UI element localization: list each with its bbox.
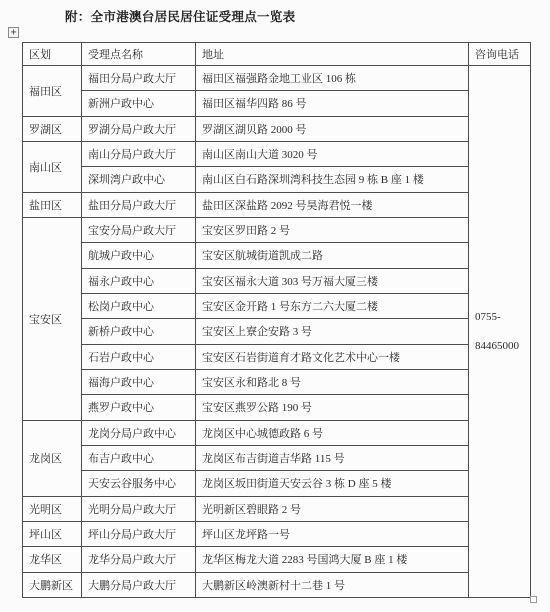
address-cell: 宝安区金开路 1 号东方二六大厦二楼	[196, 293, 469, 318]
table-row: 燕罗户政中心宝安区燕罗公路 190 号	[23, 395, 531, 420]
col-header-district: 区划	[23, 43, 82, 66]
district-cell: 光明区	[23, 496, 82, 521]
address-cell: 龙岗区布吉街道吉华路 115 号	[196, 445, 469, 470]
reception-point-name-cell: 坪山分局户政大厅	[82, 521, 196, 546]
district-cell: 龙华区	[23, 547, 82, 572]
table-move-handle-icon[interactable]: +	[8, 27, 19, 38]
table-row: 福海户政中心宝安区永和路北 8 号	[23, 369, 531, 394]
address-cell: 宝安区福永大道 303 号万福大厦三楼	[196, 268, 469, 293]
reception-point-name-cell: 罗湖分局户政大厅	[82, 116, 196, 141]
reception-point-name-cell: 大鹏分局户政大厅	[82, 572, 196, 597]
reception-point-name-cell: 宝安分局户政大厅	[82, 217, 196, 242]
reception-points-table: 区划 受理点名称 地址 咨询电话 福田区福田分局户政大厅福田区福强路金地工业区 …	[22, 42, 531, 598]
district-cell: 宝安区	[23, 217, 82, 420]
address-cell: 盐田区深盐路 2092 号昊海君悦一楼	[196, 192, 469, 217]
phone-line-1: 0755-	[475, 311, 528, 324]
reception-point-name-cell: 龙岗分局户政中心	[82, 420, 196, 445]
table-row: 松岗户政中心宝安区金开路 1 号东方二六大厦二楼	[23, 293, 531, 318]
table-row: 龙岗区龙岗分局户政中心龙岗区中心城德政路 6 号	[23, 420, 531, 445]
address-cell: 罗湖区湖贝路 2000 号	[196, 116, 469, 141]
col-header-address: 地址	[196, 43, 469, 66]
address-cell: 龙岗区坂田街道天安云谷 3 栋 D 座 5 楼	[196, 471, 469, 496]
address-cell: 光明新区碧眼路 2 号	[196, 496, 469, 521]
reception-point-name-cell: 福永户政中心	[82, 268, 196, 293]
reception-point-name-cell: 新桥户政中心	[82, 319, 196, 344]
table-row: 南山区南山分局户政大厅南山区南山大道 3020 号	[23, 141, 531, 166]
reception-point-name-cell: 龙华分局户政大厅	[82, 547, 196, 572]
table-row: 新桥户政中心宝安区上寮企安路 3 号	[23, 319, 531, 344]
reception-point-name-cell: 燕罗户政中心	[82, 395, 196, 420]
address-cell: 宝安区罗田路 2 号	[196, 217, 469, 242]
phone-cell: 0755-84465000	[469, 66, 531, 598]
reception-point-name-cell: 石岩户政中心	[82, 344, 196, 369]
address-cell: 宝安区航城街道凯成二路	[196, 243, 469, 268]
district-cell: 福田区	[23, 66, 82, 117]
table-row: 宝安区宝安分局户政大厅宝安区罗田路 2 号	[23, 217, 531, 242]
reception-point-name-cell: 南山分局户政大厅	[82, 141, 196, 166]
table-row: 罗湖区罗湖分局户政大厅罗湖区湖贝路 2000 号	[23, 116, 531, 141]
table-row: 福田区福田分局户政大厅福田区福强路金地工业区 106 栋0755-8446500…	[23, 66, 531, 91]
district-cell: 南山区	[23, 141, 82, 192]
reception-point-name-cell: 福海户政中心	[82, 369, 196, 394]
address-cell: 南山区白石路深圳湾科技生态园 9 栋 B 座 1 楼	[196, 167, 469, 192]
table-row: 光明区光明分局户政大厅光明新区碧眼路 2 号	[23, 496, 531, 521]
reception-point-name-cell: 松岗户政中心	[82, 293, 196, 318]
district-cell: 龙岗区	[23, 420, 82, 496]
table-resize-handle[interactable]	[530, 596, 537, 603]
reception-point-name-cell: 盐田分局户政大厅	[82, 192, 196, 217]
district-cell: 大鹏新区	[23, 572, 82, 597]
reception-point-name-cell: 天安云谷服务中心	[82, 471, 196, 496]
address-cell: 坪山区龙坪路一号	[196, 521, 469, 546]
col-header-name: 受理点名称	[82, 43, 196, 66]
district-cell: 盐田区	[23, 192, 82, 217]
table-row: 龙华区龙华分局户政大厅龙华区梅龙大道 2283 号国鸿大厦 B 座 1 楼	[23, 547, 531, 572]
reception-point-name-cell: 航城户政中心	[82, 243, 196, 268]
table-row: 布吉户政中心龙岗区布吉街道吉华路 115 号	[23, 445, 531, 470]
table-row: 航城户政中心宝安区航城街道凯成二路	[23, 243, 531, 268]
address-cell: 宝安区永和路北 8 号	[196, 369, 469, 394]
address-cell: 宝安区石岩街道育才路文化艺术中心一楼	[196, 344, 469, 369]
table-row: 盐田区盐田分局户政大厅盐田区深盐路 2092 号昊海君悦一楼	[23, 192, 531, 217]
address-cell: 宝安区上寮企安路 3 号	[196, 319, 469, 344]
reception-point-name-cell: 福田分局户政大厅	[82, 66, 196, 91]
reception-point-name-cell: 深圳湾户政中心	[82, 167, 196, 192]
table-row: 石岩户政中心宝安区石岩街道育才路文化艺术中心一楼	[23, 344, 531, 369]
table-row: 福永户政中心宝安区福永大道 303 号万福大厦三楼	[23, 268, 531, 293]
district-cell: 罗湖区	[23, 116, 82, 141]
table-row: 深圳湾户政中心南山区白石路深圳湾科技生态园 9 栋 B 座 1 楼	[23, 167, 531, 192]
page-title: 附：全市港澳台居民居住证受理点一览表	[65, 7, 295, 25]
reception-point-name-cell: 布吉户政中心	[82, 445, 196, 470]
table-row: 坪山区坪山分局户政大厅坪山区龙坪路一号	[23, 521, 531, 546]
table-row: 大鹏新区大鹏分局户政大厅大鹏新区岭澳新村十二巷 1 号	[23, 572, 531, 597]
address-cell: 龙华区梅龙大道 2283 号国鸿大厦 B 座 1 楼	[196, 547, 469, 572]
header-row: 区划 受理点名称 地址 咨询电话	[23, 43, 531, 66]
district-cell: 坪山区	[23, 521, 82, 546]
table-row: 新洲户政中心福田区福华四路 86 号	[23, 91, 531, 116]
address-cell: 福田区福华四路 86 号	[196, 91, 469, 116]
table-row: 天安云谷服务中心龙岗区坂田街道天安云谷 3 栋 D 座 5 楼	[23, 471, 531, 496]
address-cell: 宝安区燕罗公路 190 号	[196, 395, 469, 420]
address-cell: 大鹏新区岭澳新村十二巷 1 号	[196, 572, 469, 597]
address-cell: 福田区福强路金地工业区 106 栋	[196, 66, 469, 91]
address-cell: 龙岗区中心城德政路 6 号	[196, 420, 469, 445]
reception-point-name-cell: 光明分局户政大厅	[82, 496, 196, 521]
reception-point-name-cell: 新洲户政中心	[82, 91, 196, 116]
phone-line-2: 84465000	[475, 340, 528, 353]
address-cell: 南山区南山大道 3020 号	[196, 141, 469, 166]
col-header-phone: 咨询电话	[469, 43, 531, 66]
